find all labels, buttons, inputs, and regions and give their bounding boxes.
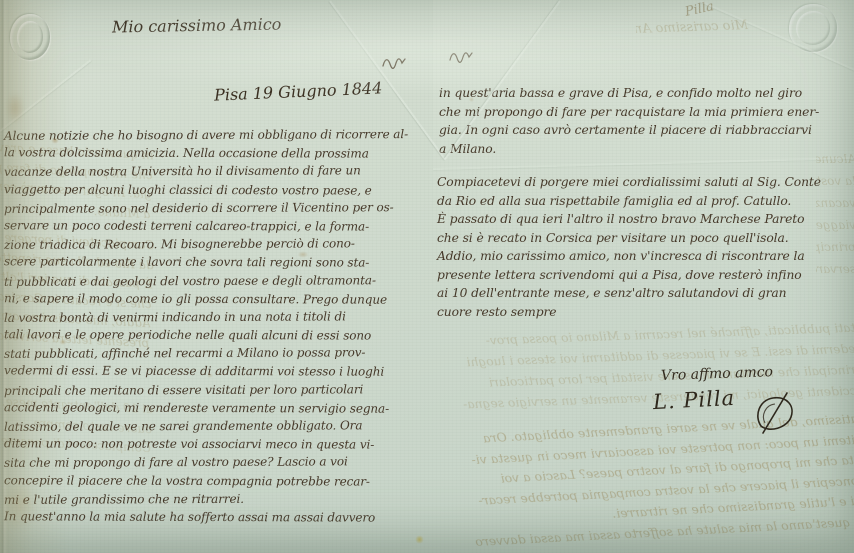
ghost-line: servare un poco codesti terreni calcareo… xyxy=(816,258,854,280)
letter-line: in quest'aria bassa e grave di Pisa, e c… xyxy=(439,84,819,103)
letter-line: principalmente sono nel desiderio di sco… xyxy=(4,198,408,218)
show-through-text: Alcune notizie che ho bisogno di avere m… xyxy=(816,148,854,280)
letter-line: scere particolarmente i lavori che sovra… xyxy=(4,253,408,273)
ghost-line: sita che mi propongo di fare al vostro p… xyxy=(428,450,854,493)
letter-photo: in quest'aria bassa e grave di Pisa, e c… xyxy=(0,0,854,553)
letter-valediction: Vro affmo amco xyxy=(661,364,773,384)
letter-dateline: Pisa 19 Giugno 1844 xyxy=(214,78,383,104)
letter-page-left: in quest'aria bassa e grave di Pisa, e c… xyxy=(0,0,431,553)
letter-line: È passato di qua ieri l'altro il nostro … xyxy=(437,210,821,229)
letter-line: a Milano. xyxy=(439,140,819,159)
letter-line: Compiacetevi di porgere miei cordialissi… xyxy=(437,173,821,192)
letter-salutation: Mio carissimo Amico xyxy=(112,15,282,37)
embossed-seal-icon xyxy=(789,4,837,52)
letter-line: viaggetto per alcuni luoghi classici di … xyxy=(4,180,408,200)
letter-line: servare un poco codesti terreni calcareo… xyxy=(4,216,408,236)
letter-body-right-paragraph-2: Compiacetevi di porgere miei cordialissi… xyxy=(437,173,821,321)
embossed-seal-icon xyxy=(10,14,50,60)
show-through-text: Mio carissimo Amico xyxy=(636,18,748,37)
letter-line: concepire il piacere che la vostra compa… xyxy=(4,471,408,491)
letter-page-right: Mio carissimo Amico Alcune notizie che h… xyxy=(433,0,854,553)
letter-line: zione triadica di Recoaro. Mi bisognereb… xyxy=(4,234,408,254)
ghost-line: stati pubblicati, affinché nel recarmi a… xyxy=(432,318,854,354)
letter-signature: L. Pilla xyxy=(652,386,735,414)
letter-line: ni, e sapere il modo come io gli possa c… xyxy=(4,289,408,309)
letter-line: accidenti geologici, mi rendereste veram… xyxy=(4,398,408,418)
letter-line: In quest'anno la mia salute ha sofferto … xyxy=(4,507,408,527)
letter-line: presente lettera scrivendomi qui a Pisa,… xyxy=(437,266,821,285)
letter-line: sita che mi propongo di fare al vostro p… xyxy=(4,452,408,472)
letter-line: latissimo, del quale ve ne sarei grandem… xyxy=(4,416,408,436)
letter-body-left: Alcune notizie che ho bisogno di avere m… xyxy=(4,126,408,526)
pen-squiggle-icon xyxy=(448,48,474,66)
pencil-annotation: Pilla xyxy=(684,0,715,20)
letter-line: ditemi un poco: non potreste voi associa… xyxy=(4,434,408,454)
signature-flourish-icon xyxy=(751,390,799,436)
letter-line: la vostra bontà di venirmi indicando in … xyxy=(4,307,408,327)
letter-line: da Rio ed alla sua rispettabile famiglia… xyxy=(437,192,821,211)
letter-line: tali lavori e le opere periodiche nelle … xyxy=(4,325,408,345)
letter-body-right-paragraph-1: in quest'aria bassa e grave di Pisa, e c… xyxy=(439,84,819,158)
letter-line: Alcune notizie che ho bisogno di avere m… xyxy=(4,125,408,145)
letter-line: ai 10 dell'entrante mese, e senz'altro s… xyxy=(437,284,821,303)
ghost-line: principalmente sono nel desiderio di sco… xyxy=(816,236,854,258)
letter-line: gia. In ogni caso avrò certamente il pia… xyxy=(439,121,819,140)
letter-line: mi e l'utile grandissimo che ne ritrarre… xyxy=(4,489,408,509)
ghost-line: la vostra dolcissima amicizia. Nella occ… xyxy=(816,170,854,192)
letter-line: che si è recato in Corsica per visitare … xyxy=(437,229,821,248)
ghost-line: In quest'anno la mia salute ha sofferto … xyxy=(431,511,854,553)
ghost-line: concepire il piacere che la vostra compa… xyxy=(429,470,854,513)
letter-line: stati pubblicati, affinché nel recarmi a… xyxy=(4,343,408,363)
ghost-line: vacanze della nostra Università ho il di… xyxy=(816,192,854,214)
pen-squiggle-icon xyxy=(381,54,407,72)
ghost-line: mi e l'utile grandissimo che ne ritrarre… xyxy=(430,491,854,534)
ghost-line: viaggetto per alcuni luoghi classici di … xyxy=(816,214,854,236)
ghost-line: Alcune notizie che ho bisogno di avere m… xyxy=(816,148,854,170)
letter-line: che mi propongo di fare per racquistare … xyxy=(439,103,819,122)
letter-line: vedermi di essi. E se vi piacesse di add… xyxy=(4,362,408,382)
letter-line: ti pubblicati e dai geologi del vostro p… xyxy=(4,271,408,291)
letter-line: la vostra dolcissima amicizia. Nella occ… xyxy=(4,143,408,163)
letter-line: cuore resto sempre xyxy=(437,303,821,322)
ghost-line: vedermi di essi. E se vi piacesse di add… xyxy=(432,339,854,375)
letter-line: principali che meritano di essere visita… xyxy=(4,380,408,400)
letter-line: vacanze della nostra Università ho il di… xyxy=(4,161,408,181)
letter-line: Addio, mio carissimo amico, non v'incres… xyxy=(437,247,821,266)
